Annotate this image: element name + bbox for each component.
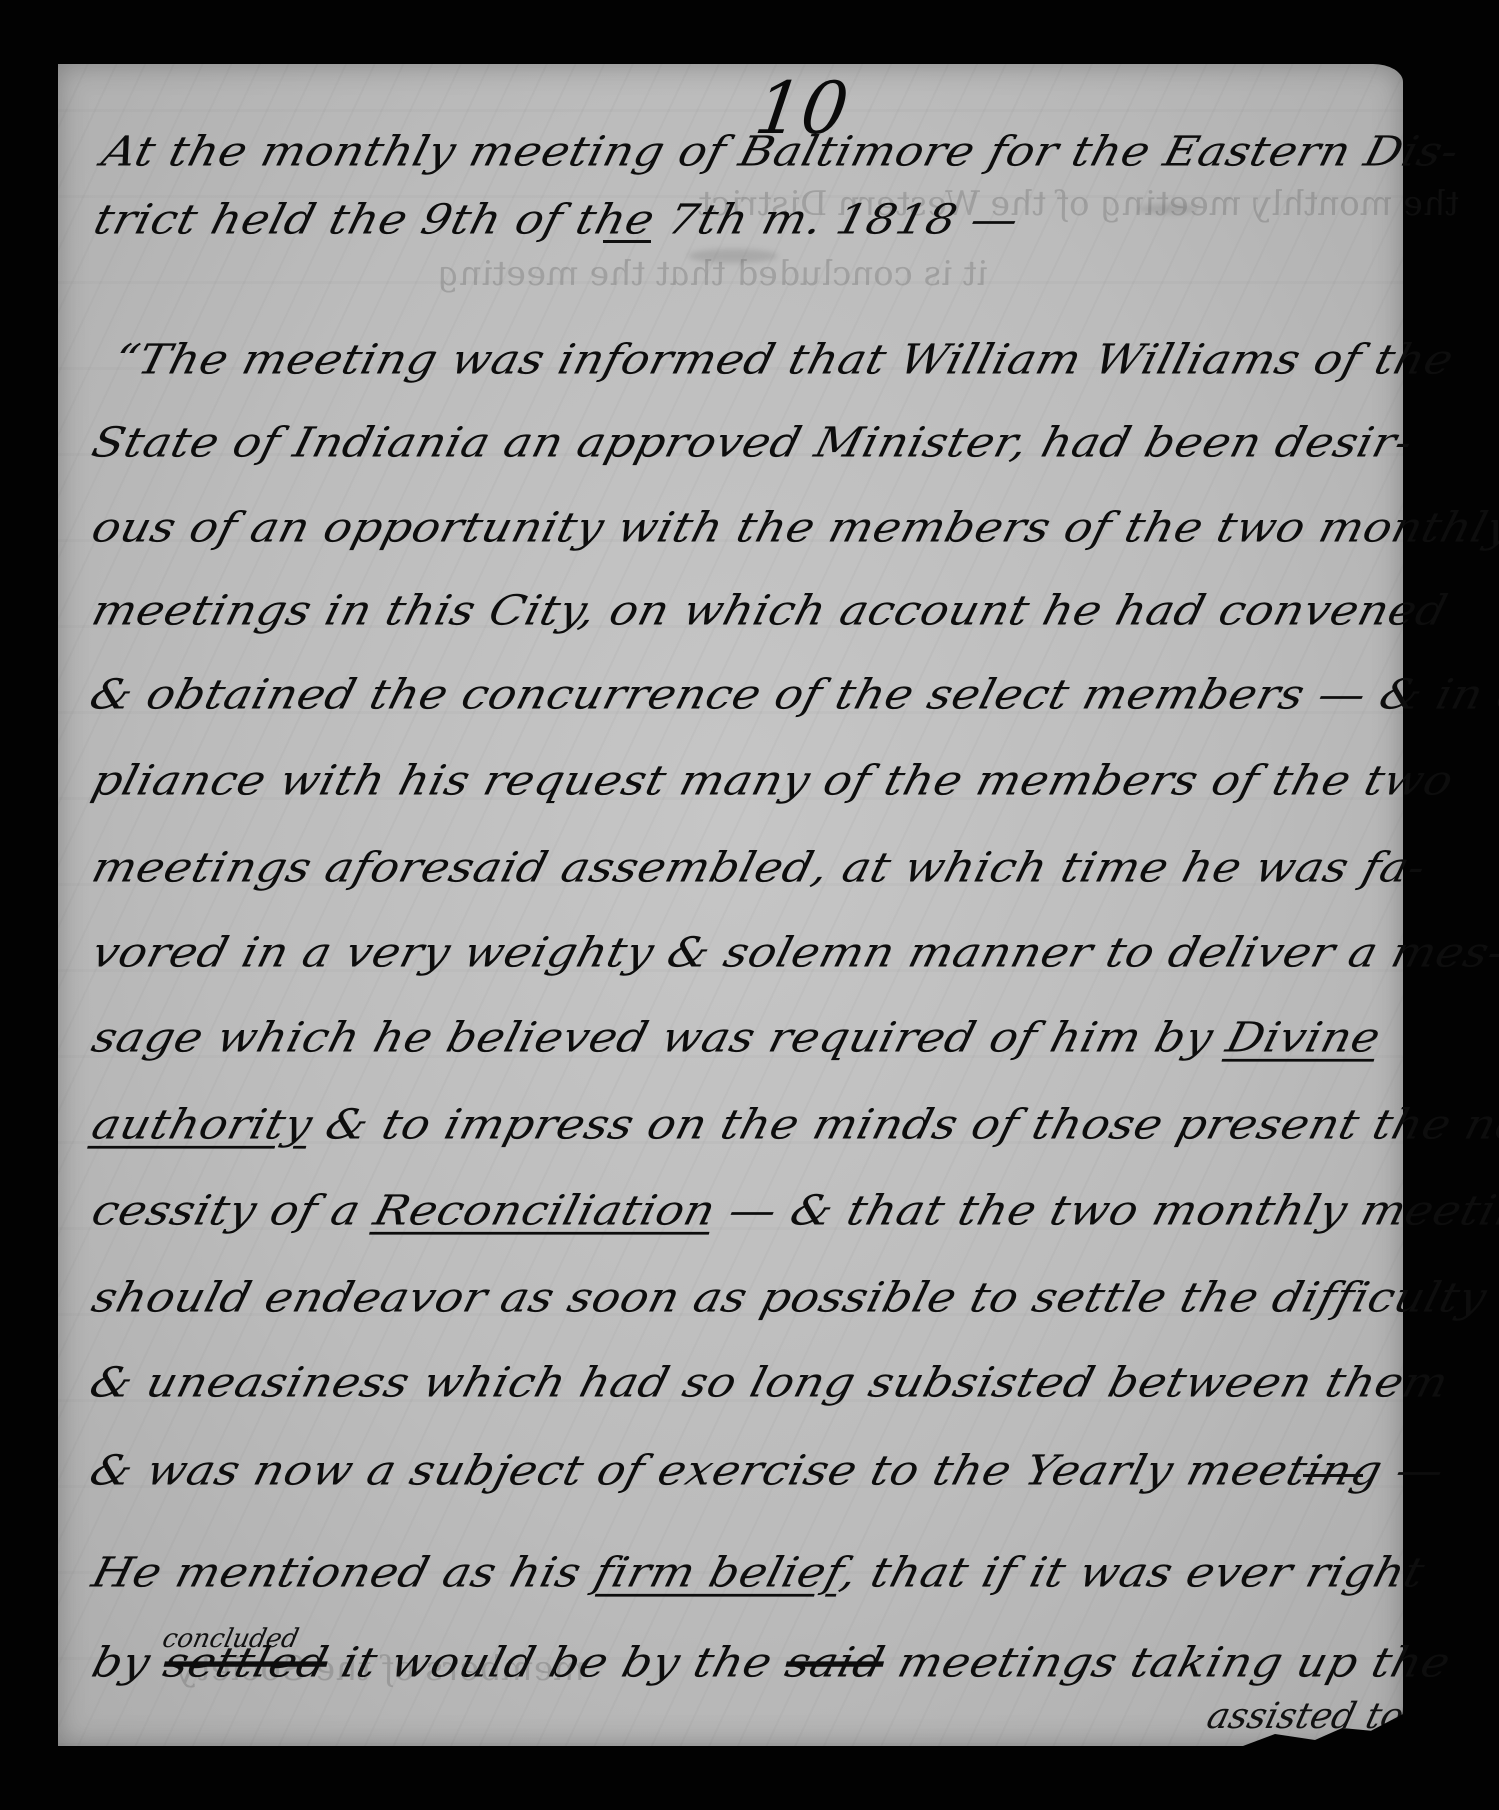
heading-line-1: At the monthly meeting of Baltimore for … — [98, 131, 1463, 172]
heading-line-2: trict held the 9th of the 7th m. 1818 — — [90, 199, 1023, 240]
underlined-word-reconciliation: Reconciliation — [369, 1186, 721, 1235]
body-line-3: ous of an opportunity with the members o… — [88, 507, 1499, 548]
body-line-8: vored in a very weighty & solemn manner … — [88, 932, 1499, 973]
body-line-11: cessity of a Reconciliation — & that the… — [88, 1190, 1499, 1231]
line-text: & to impress on the minds of those prese… — [306, 1100, 1499, 1149]
body-line-13: & uneasiness which had so long subsisted… — [86, 1362, 1453, 1403]
manuscript-page: the monthly meeting of the Western Distr… — [58, 64, 1403, 1746]
underlined-word-authority: authority — [87, 1100, 318, 1149]
paper-stain — [1138, 204, 1198, 214]
underlined-phrase-firm-belief: firm belief — [590, 1548, 848, 1597]
line-end-dash — [1303, 1474, 1363, 1477]
line-text: cessity of a — [87, 1186, 381, 1235]
line-text: — & that the two monthly meetings — [709, 1186, 1499, 1235]
paper-stain — [688, 249, 778, 263]
line-text: meetings taking up the — [878, 1638, 1456, 1687]
body-line-2: State of Indiania an approved Minister, … — [88, 422, 1417, 463]
body-line-16: by settled it would be by the said meeti… — [88, 1642, 1455, 1683]
body-line-5: & obtained the concurrence of the select… — [86, 674, 1499, 715]
struck-word-settled: settled — [159, 1638, 334, 1687]
line-text: He mentioned as his — [87, 1548, 602, 1597]
struck-word-said: said — [781, 1638, 890, 1687]
line-text: by — [87, 1638, 171, 1687]
body-line-6: pliance with his request many of the mem… — [88, 760, 1458, 801]
body-line-10: authority & to impress on the minds of t… — [88, 1104, 1499, 1145]
body-line-1: “The meeting was informed that William W… — [110, 339, 1458, 380]
heading-end-dash — [603, 240, 651, 243]
underlined-word-divine: Divine — [1221, 1013, 1385, 1062]
body-line-4: meetings in this City, on which account … — [88, 590, 1452, 631]
line-text: , that if it was ever right — [836, 1548, 1430, 1597]
line-text: it would be by the — [321, 1638, 792, 1687]
body-line-14: & was now a subject of exercise to the Y… — [86, 1450, 1449, 1491]
body-line-12: should endeavor as soon as possible to s… — [88, 1277, 1491, 1318]
body-line-9: sage which he believed was required of h… — [88, 1017, 1385, 1058]
body-line-7: meetings aforesaid assembled, at which t… — [88, 847, 1430, 888]
line-text: sage which he believed was required of h… — [87, 1013, 1234, 1062]
body-line-15: He mentioned as his firm belief, that if… — [88, 1552, 1429, 1593]
